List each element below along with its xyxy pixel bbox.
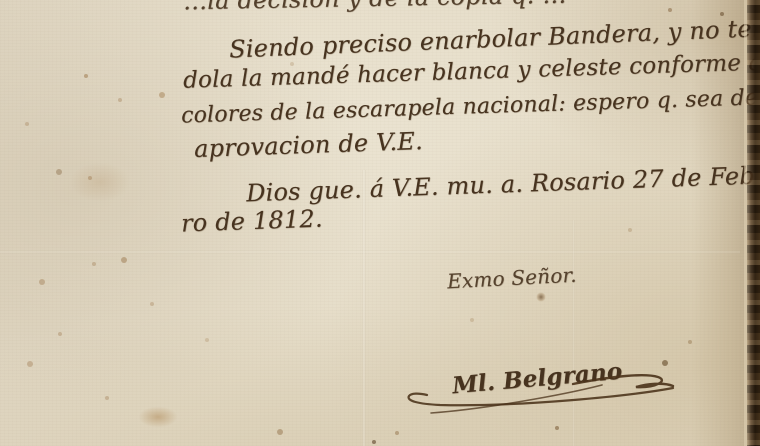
signature-flourish — [395, 368, 715, 423]
foxing-spots — [0, 0, 4, 4]
manuscript-page: …la decision y de la copia q. … Siendo p… — [0, 0, 760, 446]
manuscript-line-6: ro de 1812. — [181, 205, 324, 238]
book-binding-edge — [747, 0, 760, 446]
